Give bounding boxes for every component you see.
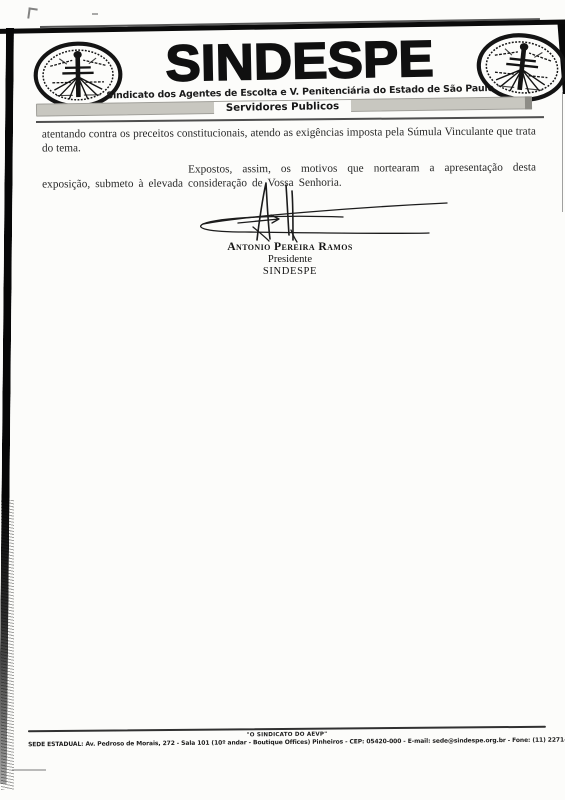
letter-paragraph-1: atentando contra os preceitos constituci…: [42, 125, 536, 155]
scan-artifact-left-speckle: [1, 500, 14, 790]
org-title: SINDESPE: [120, 35, 479, 89]
scan-speck: [92, 13, 98, 15]
scan-artifact-bottom-mark: [12, 769, 46, 771]
signer-role: Presidente: [168, 254, 412, 266]
signer-organization: SINDESPE: [168, 266, 412, 278]
handwritten-signature: [193, 182, 455, 244]
scan-speck: [27, 7, 37, 19]
letterhead-center: SINDESPE Sindicato dos Agentes de Escolt…: [123, 32, 476, 101]
letter-footer: "O SINDICATO DO AEVP" SEDE ESTADUAL: Av.…: [28, 726, 546, 748]
signer-name: Antonio Pereira Ramos: [168, 241, 412, 253]
scanned-letter-page: SINDESPE Sindicato dos Agentes de Escolt…: [0, 0, 565, 800]
signature-block: Antonio Pereira Ramos Presidente SINDESP…: [168, 241, 412, 278]
org-tagline: Servidores Publicos: [214, 100, 352, 115]
